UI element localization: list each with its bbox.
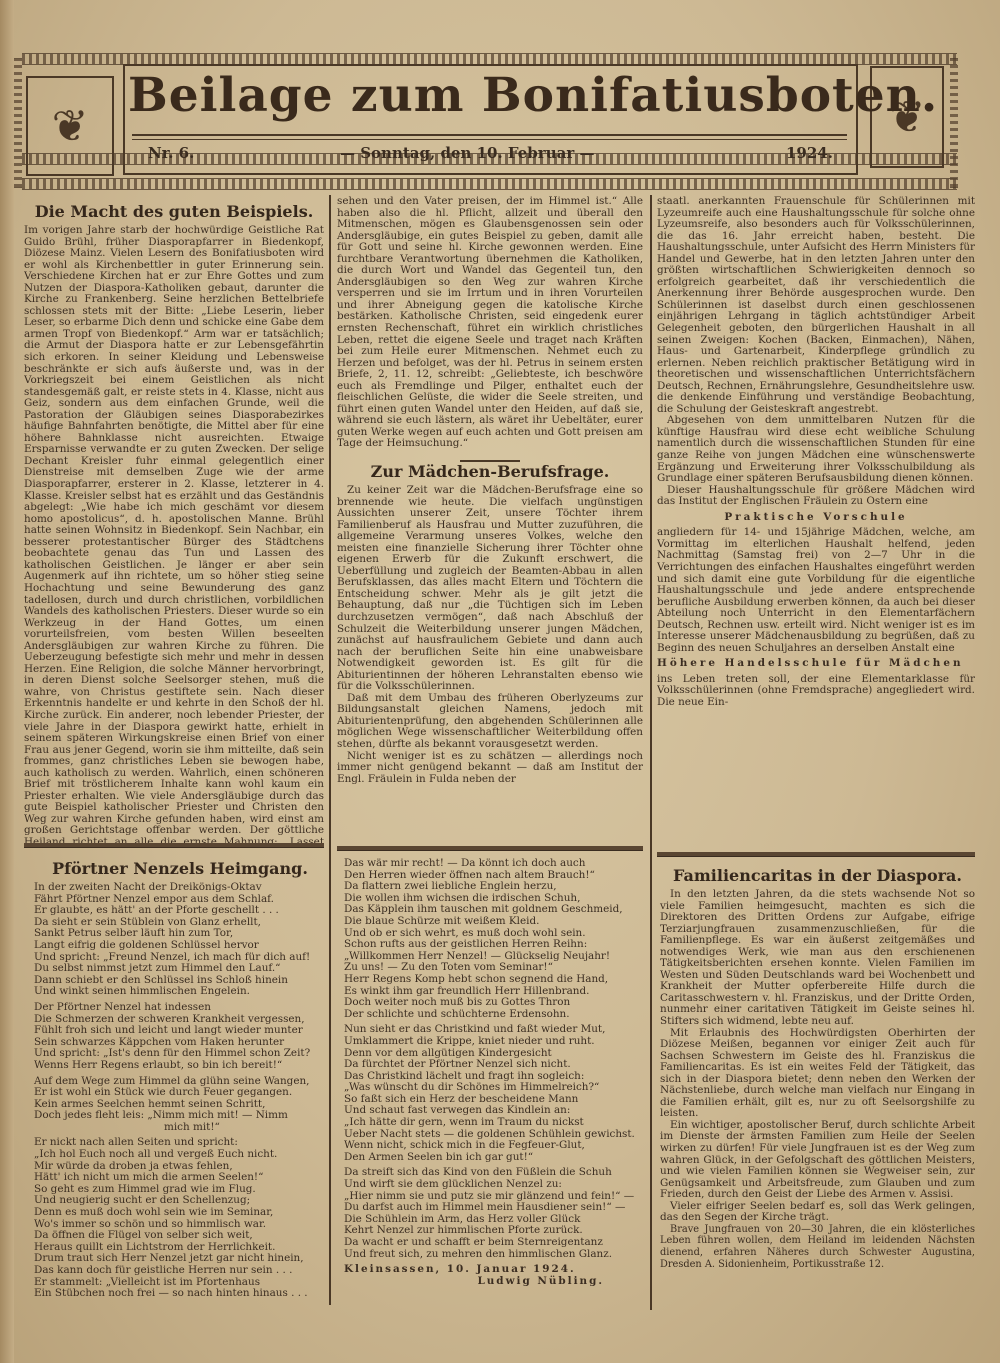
ornamental-border-right xyxy=(950,58,958,188)
article-paragraph: Vieler eifriger Seelen bedarf es, soll d… xyxy=(660,1201,975,1224)
poem-stanza: Nun sieht er das Christkind und faßt wie… xyxy=(344,1024,644,1163)
poem-stanza: Da streift sich das Kind von den Füßlein… xyxy=(344,1167,644,1260)
article-paragraph: Dieser Haushaltungsschule für größere Mä… xyxy=(657,485,975,508)
article-berufsfrage-continued: staatl. anerkannten Frauenschule für Sch… xyxy=(657,196,975,848)
page-edge xyxy=(0,0,14,1363)
floral-ornament-left-icon: ❦ xyxy=(26,76,114,176)
article-paragraph: angliedern für 14- und 15jährige Mädchen… xyxy=(657,527,975,654)
newspaper-title: Beilage zum Bonifatiusboten. xyxy=(128,68,853,123)
issue-number: Nr. 6. xyxy=(148,144,194,162)
article-beispiel-continued: sehen und den Vater preisen, der im Himm… xyxy=(337,196,643,470)
ornamental-border-left xyxy=(14,58,22,188)
subheading-handelsschule: Höhere Handelsschule für Mädchen xyxy=(657,658,975,670)
article-paragraph: Zu keiner Zeit war die Mädchen-Berufsfra… xyxy=(337,485,643,693)
issue-date: — Sonntag, den 10. Februar — xyxy=(340,144,594,162)
article-paragraph: sehen und den Vater preisen, der im Himm… xyxy=(337,196,643,450)
article-paragraph: Im vorigen Jahre starb der hochwürdige G… xyxy=(24,225,324,843)
poem-stanza: Das wär mir recht! — Da könnt ich doch a… xyxy=(344,858,644,1020)
article-notice: Brave Jungfrauen von 20—30 Jahren, die e… xyxy=(660,1224,975,1270)
article-paragraph: Ein wichtiger, apostolischer Beruf, durc… xyxy=(660,1120,975,1201)
article-paragraph: staatl. anerkannten Frauenschule für Sch… xyxy=(657,196,975,415)
poem-heimgang-continued: Das wär mir recht! — Da könnt ich doch a… xyxy=(344,858,644,1287)
section-divider xyxy=(657,852,975,857)
section-divider xyxy=(337,846,643,851)
article-paragraph: Abgesehen von dem unmittelbaren Nutzen f… xyxy=(657,415,975,484)
title-rule xyxy=(132,134,847,140)
poem-title: Pförtner Nenzels Heimgang. xyxy=(34,859,326,879)
article-caritas: Familiencaritas in der Diaspora. In den … xyxy=(660,864,975,1270)
subheading-vorschule: Praktische Vorschule xyxy=(657,512,975,524)
poem-stanza: Er nickt nach allen Seiten und spricht: … xyxy=(34,1137,326,1299)
article-title: Die Macht des guten Beispiels. xyxy=(24,202,324,222)
article-paragraph: Nicht weniger ist es zu schätzen — aller… xyxy=(337,751,643,786)
article-paragraph: ins Leben treten soll, der eine Elementa… xyxy=(657,674,975,709)
article-berufsfrage: Zur Mädchen-Berufsfrage. Zu keiner Zeit … xyxy=(337,460,643,842)
poem-stanza: Auf dem Wege zum Himmel da glühn seine W… xyxy=(34,1076,326,1134)
poem-stanza: Der Pförtner Nenzel hat indessen Die Sch… xyxy=(34,1002,326,1072)
poem-stanza: In der zweiten Nacht der Dreikönigs-Okta… xyxy=(34,882,326,998)
article-beispiel: Die Macht des guten Beispiels. Im vorige… xyxy=(24,200,324,843)
article-paragraph: Mit Erlaubnis des Hochwürdigsten Oberhir… xyxy=(660,1028,975,1120)
article-title: Familiencaritas in der Diaspora. xyxy=(660,866,975,886)
section-divider xyxy=(24,843,324,848)
poem-heimgang: Pförtner Nenzels Heimgang. In der zweite… xyxy=(34,857,326,1304)
issue-year: 1924. xyxy=(786,144,833,162)
column-rule-2 xyxy=(650,195,652,1310)
poem-author: Ludwig Nübling. xyxy=(344,1276,644,1288)
article-paragraph: Daß mit dem Umbau des früheren Oberlyzeu… xyxy=(337,693,643,751)
newspaper-page: ❦ ❦ Beilage zum Bonifatiusboten. Nr. 6. … xyxy=(0,0,1000,1363)
article-paragraph: In den letzten Jahren, da die stets wach… xyxy=(660,889,975,1028)
column-rule-1 xyxy=(329,195,331,1305)
article-title: Zur Mädchen-Berufsfrage. xyxy=(337,462,643,482)
ornamental-border-bottom xyxy=(22,178,957,190)
